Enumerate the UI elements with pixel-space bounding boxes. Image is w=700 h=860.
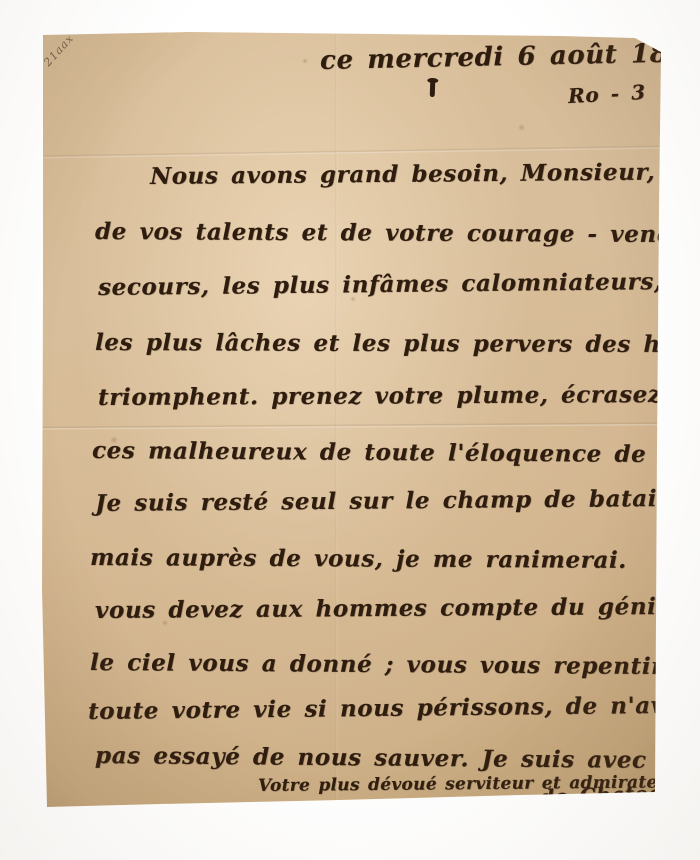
letter-photograph: 21aax ce mercredi 6 août 1815 + Ro - 3 N… [0, 0, 700, 860]
letter-paper-sheet: 21aax ce mercredi 6 août 1815 + Ro - 3 N… [40, 28, 662, 808]
letter-line: vous devez aux hommes compte du génie qu… [95, 593, 700, 624]
letter-line: pas essayé de nous sauver. Je suis avec … [95, 742, 700, 775]
horizontal-crease [40, 145, 662, 159]
letter-line: de vos talents et de votre courage - ven… [95, 218, 700, 249]
letter-line: Je suis resté seul sur le champ de batai… [95, 485, 700, 517]
pencil-annotation: 21aax [41, 32, 76, 69]
fox-spot [518, 124, 525, 131]
ink-mark [430, 80, 436, 97]
letter-line: le ciel vous a donné ; vous vous repenti… [90, 649, 700, 680]
horizontal-crease [40, 422, 662, 430]
fox-spot [302, 58, 308, 64]
inventory-mark: Ro - 3 [567, 80, 646, 108]
vertical-fold-crease [335, 28, 338, 808]
letter-line: toute votre vie si nous périssons, de n'… [88, 692, 700, 725]
date-line: ce mercredi 6 août 1815 + [320, 37, 700, 76]
letter-line: ces malheureux de toute l'éloquence de l… [92, 437, 700, 469]
letter-line: secours, les plus infâmes calomniateurs, [98, 268, 663, 301]
letter-line: mais auprès de vous, je me ranimerai. [90, 544, 627, 574]
letter-line: les plus lâches et les plus pervers des … [95, 329, 700, 358]
letter-line: Nous avons grand besoin, Monsieur, [150, 159, 655, 190]
letter-line: triomphent. prenez votre plume, écrasez [98, 381, 662, 411]
